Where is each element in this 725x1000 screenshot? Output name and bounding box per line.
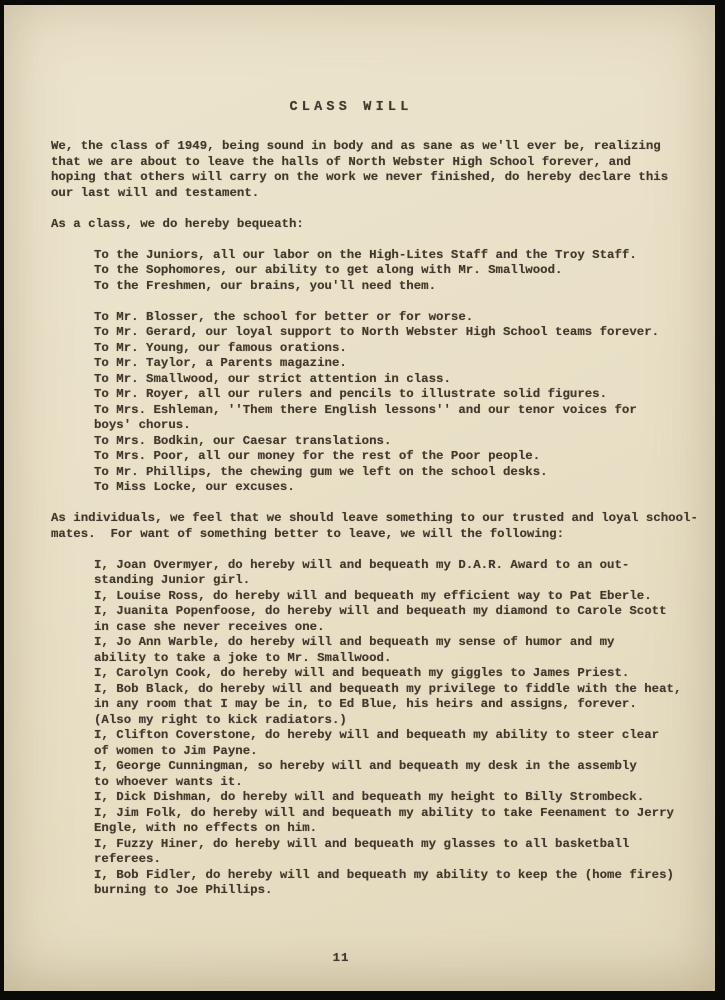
text-line: hoping that others will carry on the wor…: [51, 170, 677, 186]
text-line: To Mr. Phillips, the chewing gum we left…: [51, 465, 677, 481]
text-line: in any room that I may be in, to Ed Blue…: [51, 697, 677, 713]
text-line: To Mr. Young, our famous orations.: [51, 341, 677, 357]
text-line: burning to Joe Phillips.: [51, 883, 677, 899]
page-title: CLASS WILL: [51, 100, 651, 116]
scan-frame: CLASS WILL We, the class of 1949, being …: [0, 0, 725, 1000]
text-line: I, Louise Ross, do hereby will and beque…: [51, 589, 677, 605]
text-line: To Mr. Smallwood, our strict attention i…: [51, 372, 677, 388]
text-line: To Mr. Blosser, the school for better or…: [51, 310, 677, 326]
text-line: To the Sophomores, our ability to get al…: [51, 263, 677, 279]
text-line: To the Juniors, all our labor on the Hig…: [51, 248, 677, 264]
text-line: I, Juanita Popenfoose, do hereby will an…: [51, 604, 677, 620]
intro-paragraph: We, the class of 1949, being sound in bo…: [51, 139, 677, 201]
text-line: I, Dick Dishman, do hereby will and bequ…: [51, 790, 677, 806]
text-line: in case she never receives one.: [51, 620, 677, 636]
text-line: To Mrs. Eshleman, ''Them there English l…: [51, 403, 677, 419]
text-line: ability to take a joke to Mr. Smallwood.: [51, 651, 677, 667]
text-line: As individuals, we feel that we should l…: [51, 511, 677, 527]
bequeath-lead-line: As a class, we do hereby bequeath:: [51, 217, 677, 233]
text-line: referees.: [51, 852, 677, 868]
individual-bequests-list: I, Joan Overmyer, do hereby will and beq…: [51, 558, 677, 899]
page-content: CLASS WILL We, the class of 1949, being …: [4, 5, 715, 966]
text-line: I, Bob Black, do hereby will and bequeat…: [51, 682, 677, 698]
text-line: I, George Cunningman, so hereby will and…: [51, 759, 677, 775]
text-line: I, Joan Overmyer, do hereby will and beq…: [51, 558, 677, 574]
text-line: I, Fuzzy Hiner, do hereby will and beque…: [51, 837, 677, 853]
text-line: I, Jo Ann Warble, do hereby will and beq…: [51, 635, 677, 651]
faculty-bequests-list: To Mr. Blosser, the school for better or…: [51, 310, 677, 496]
text-line: mates. For want of something better to l…: [51, 527, 677, 543]
bequeath-lead-paragraph: As a class, we do hereby bequeath:: [51, 217, 677, 233]
text-line: (Also my right to kick radiators.): [51, 713, 677, 729]
text-line: that we are about to leave the halls of …: [51, 155, 677, 171]
individuals-intro-paragraph: As individuals, we feel that we should l…: [51, 511, 677, 542]
page-number: 11: [51, 951, 631, 966]
text-line: To Mr. Royer, all our rulers and pencils…: [51, 387, 677, 403]
yearbook-page: CLASS WILL We, the class of 1949, being …: [4, 5, 715, 991]
text-line: standing Junior girl.: [51, 573, 677, 589]
text-line: I, Jim Folk, do hereby will and bequeath…: [51, 806, 677, 822]
text-line: I, Clifton Coverstone, do hereby will an…: [51, 728, 677, 744]
text-line: I, Bob Fidler, do hereby will and bequea…: [51, 868, 677, 884]
text-line: To Mrs. Bodkin, our Caesar translations.: [51, 434, 677, 450]
text-line: To Mr. Taylor, a Parents magazine.: [51, 356, 677, 372]
text-line: To Miss Locke, our excuses.: [51, 480, 677, 496]
class-bequests-list: To the Juniors, all our labor on the Hig…: [51, 248, 677, 295]
text-line: to whoever wants it.: [51, 775, 677, 791]
text-line: boys' chorus.: [51, 418, 677, 434]
text-line: our last will and testament.: [51, 186, 677, 202]
text-line: I, Carolyn Cook, do hereby will and bequ…: [51, 666, 677, 682]
text-line: of women to Jim Payne.: [51, 744, 677, 760]
text-line: We, the class of 1949, being sound in bo…: [51, 139, 677, 155]
text-line: To Mr. Gerard, our loyal support to Nort…: [51, 325, 677, 341]
text-line: To Mrs. Poor, all our money for the rest…: [51, 449, 677, 465]
text-line: Engle, with no effects on him.: [51, 821, 677, 837]
text-line: To the Freshmen, our brains, you'll need…: [51, 279, 677, 295]
